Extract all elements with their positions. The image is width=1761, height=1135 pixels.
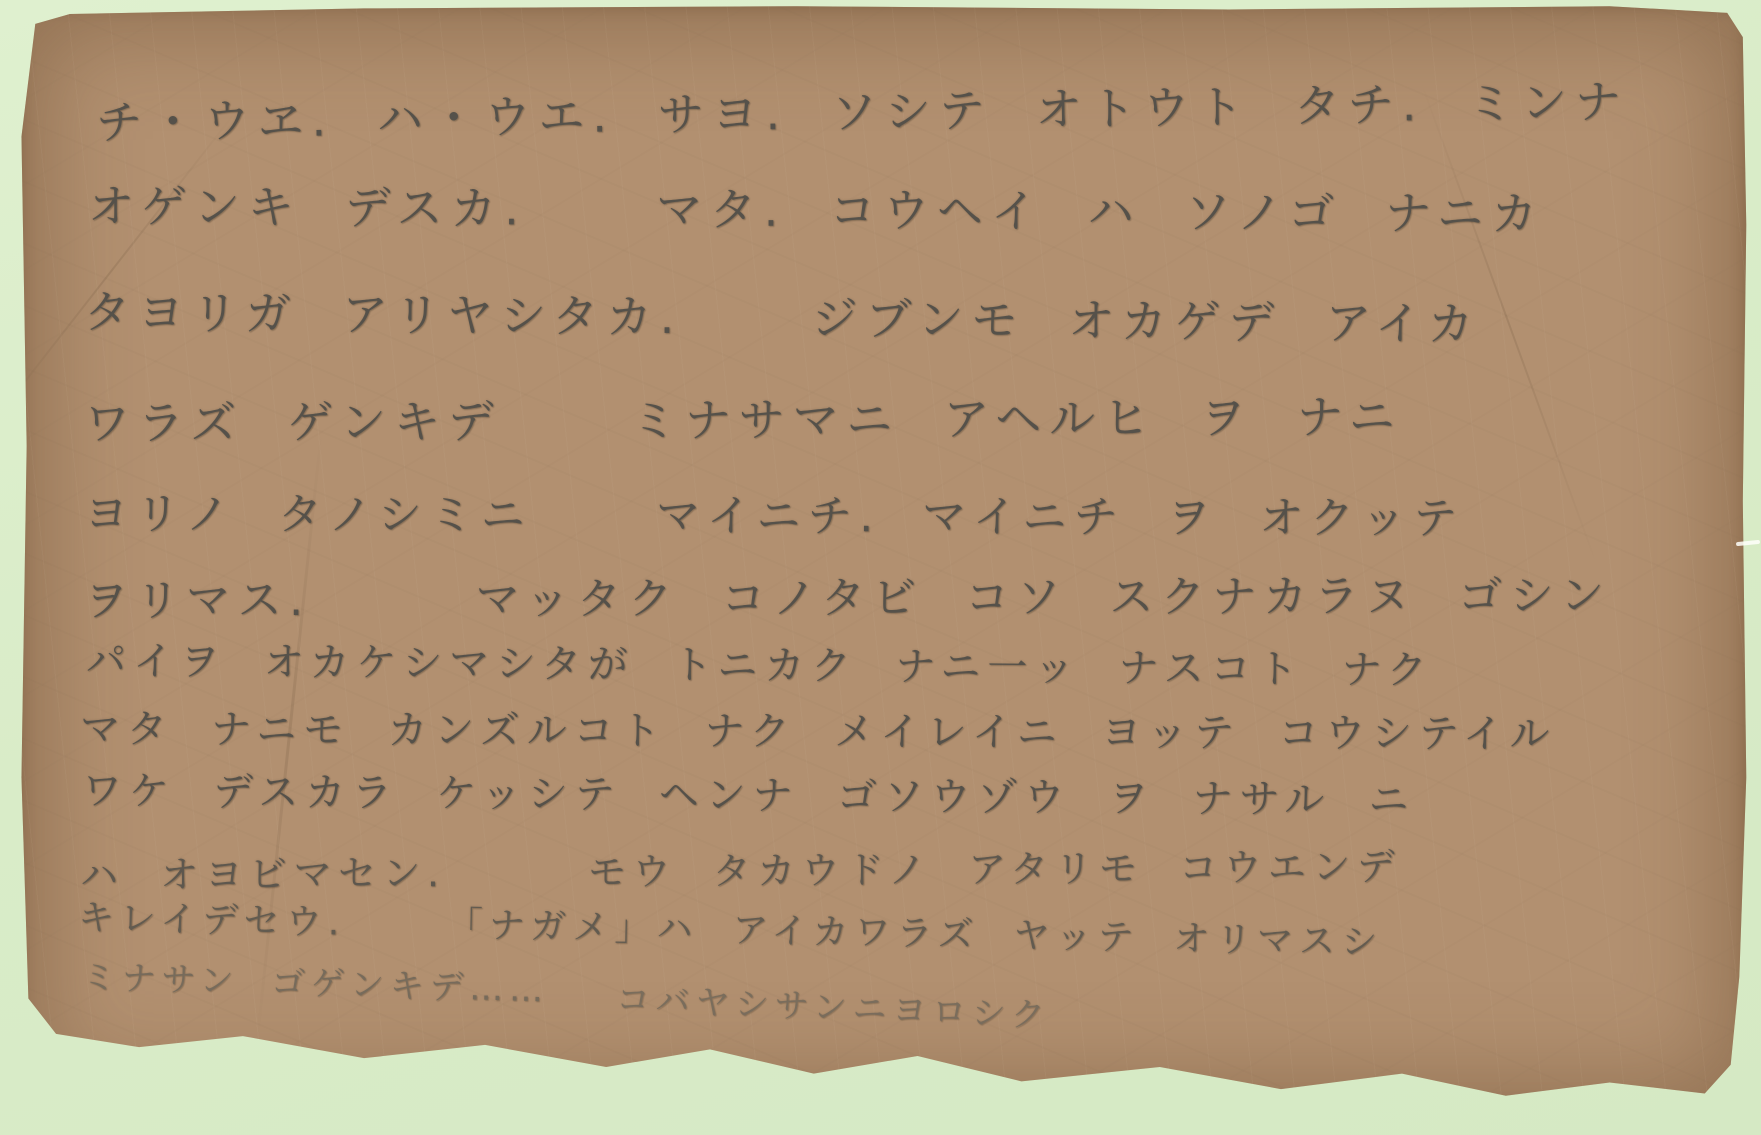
handwritten-line: ヲリマス. マッタク コノタビ コソ スクナカラヌ ゴシン bbox=[84, 559, 1612, 628]
handwritten-line: チ・ウヱ. ハ・ウエ. サヨ. ソシテ オトウト タチ. ミンナ bbox=[96, 65, 1629, 152]
handwritten-line: ワケ デスカラ ケッシテ ヘンナ ゴソウゾウ ヲ ナサル ニ bbox=[82, 759, 1416, 825]
handwritten-line: ヨリノ タノシミニ マイニチ. マイニチ ヲ オクッテ bbox=[84, 478, 1465, 547]
handwritten-line: マタ ナニモ カンズルコト ナク メイレイニ ヨッテ コウシテイル bbox=[80, 697, 1556, 759]
handwritten-line: ミナサン ゴゲンキデ…… bbox=[81, 949, 549, 1011]
handwritten-line: タヨリガ アリヤシタカ. ジブンモ オカゲデ アイカ bbox=[84, 276, 1482, 354]
scan-background: チ・ウヱ. ハ・ウエ. サヨ. ソシテ オトウト タチ. ミンナ オゲンキ デス… bbox=[0, 0, 1761, 1135]
postcard-paper: チ・ウヱ. ハ・ウエ. サヨ. ソシテ オトウト タチ. ミンナ オゲンキ デス… bbox=[18, 4, 1748, 1109]
handwritten-line: オゲンキ デスカ. マタ. コウヘイ ハ ソノゴ ナニカ bbox=[88, 170, 1545, 244]
handwritten-line: ワラズ ゲンキデ ミナサマニ アヘルヒ ヲ ナニ bbox=[84, 381, 1403, 454]
handwritten-line: パイヲ オカケシマシタが トニカク ナニ一ッ ナスコト ナク bbox=[86, 629, 1434, 695]
handwritten-line: ハ オヨビマセン. モウ タカウドノ アタリモ コウエンデ bbox=[80, 835, 1402, 899]
handwritten-line: コバヤシサンニヨロシク bbox=[615, 972, 1051, 1038]
